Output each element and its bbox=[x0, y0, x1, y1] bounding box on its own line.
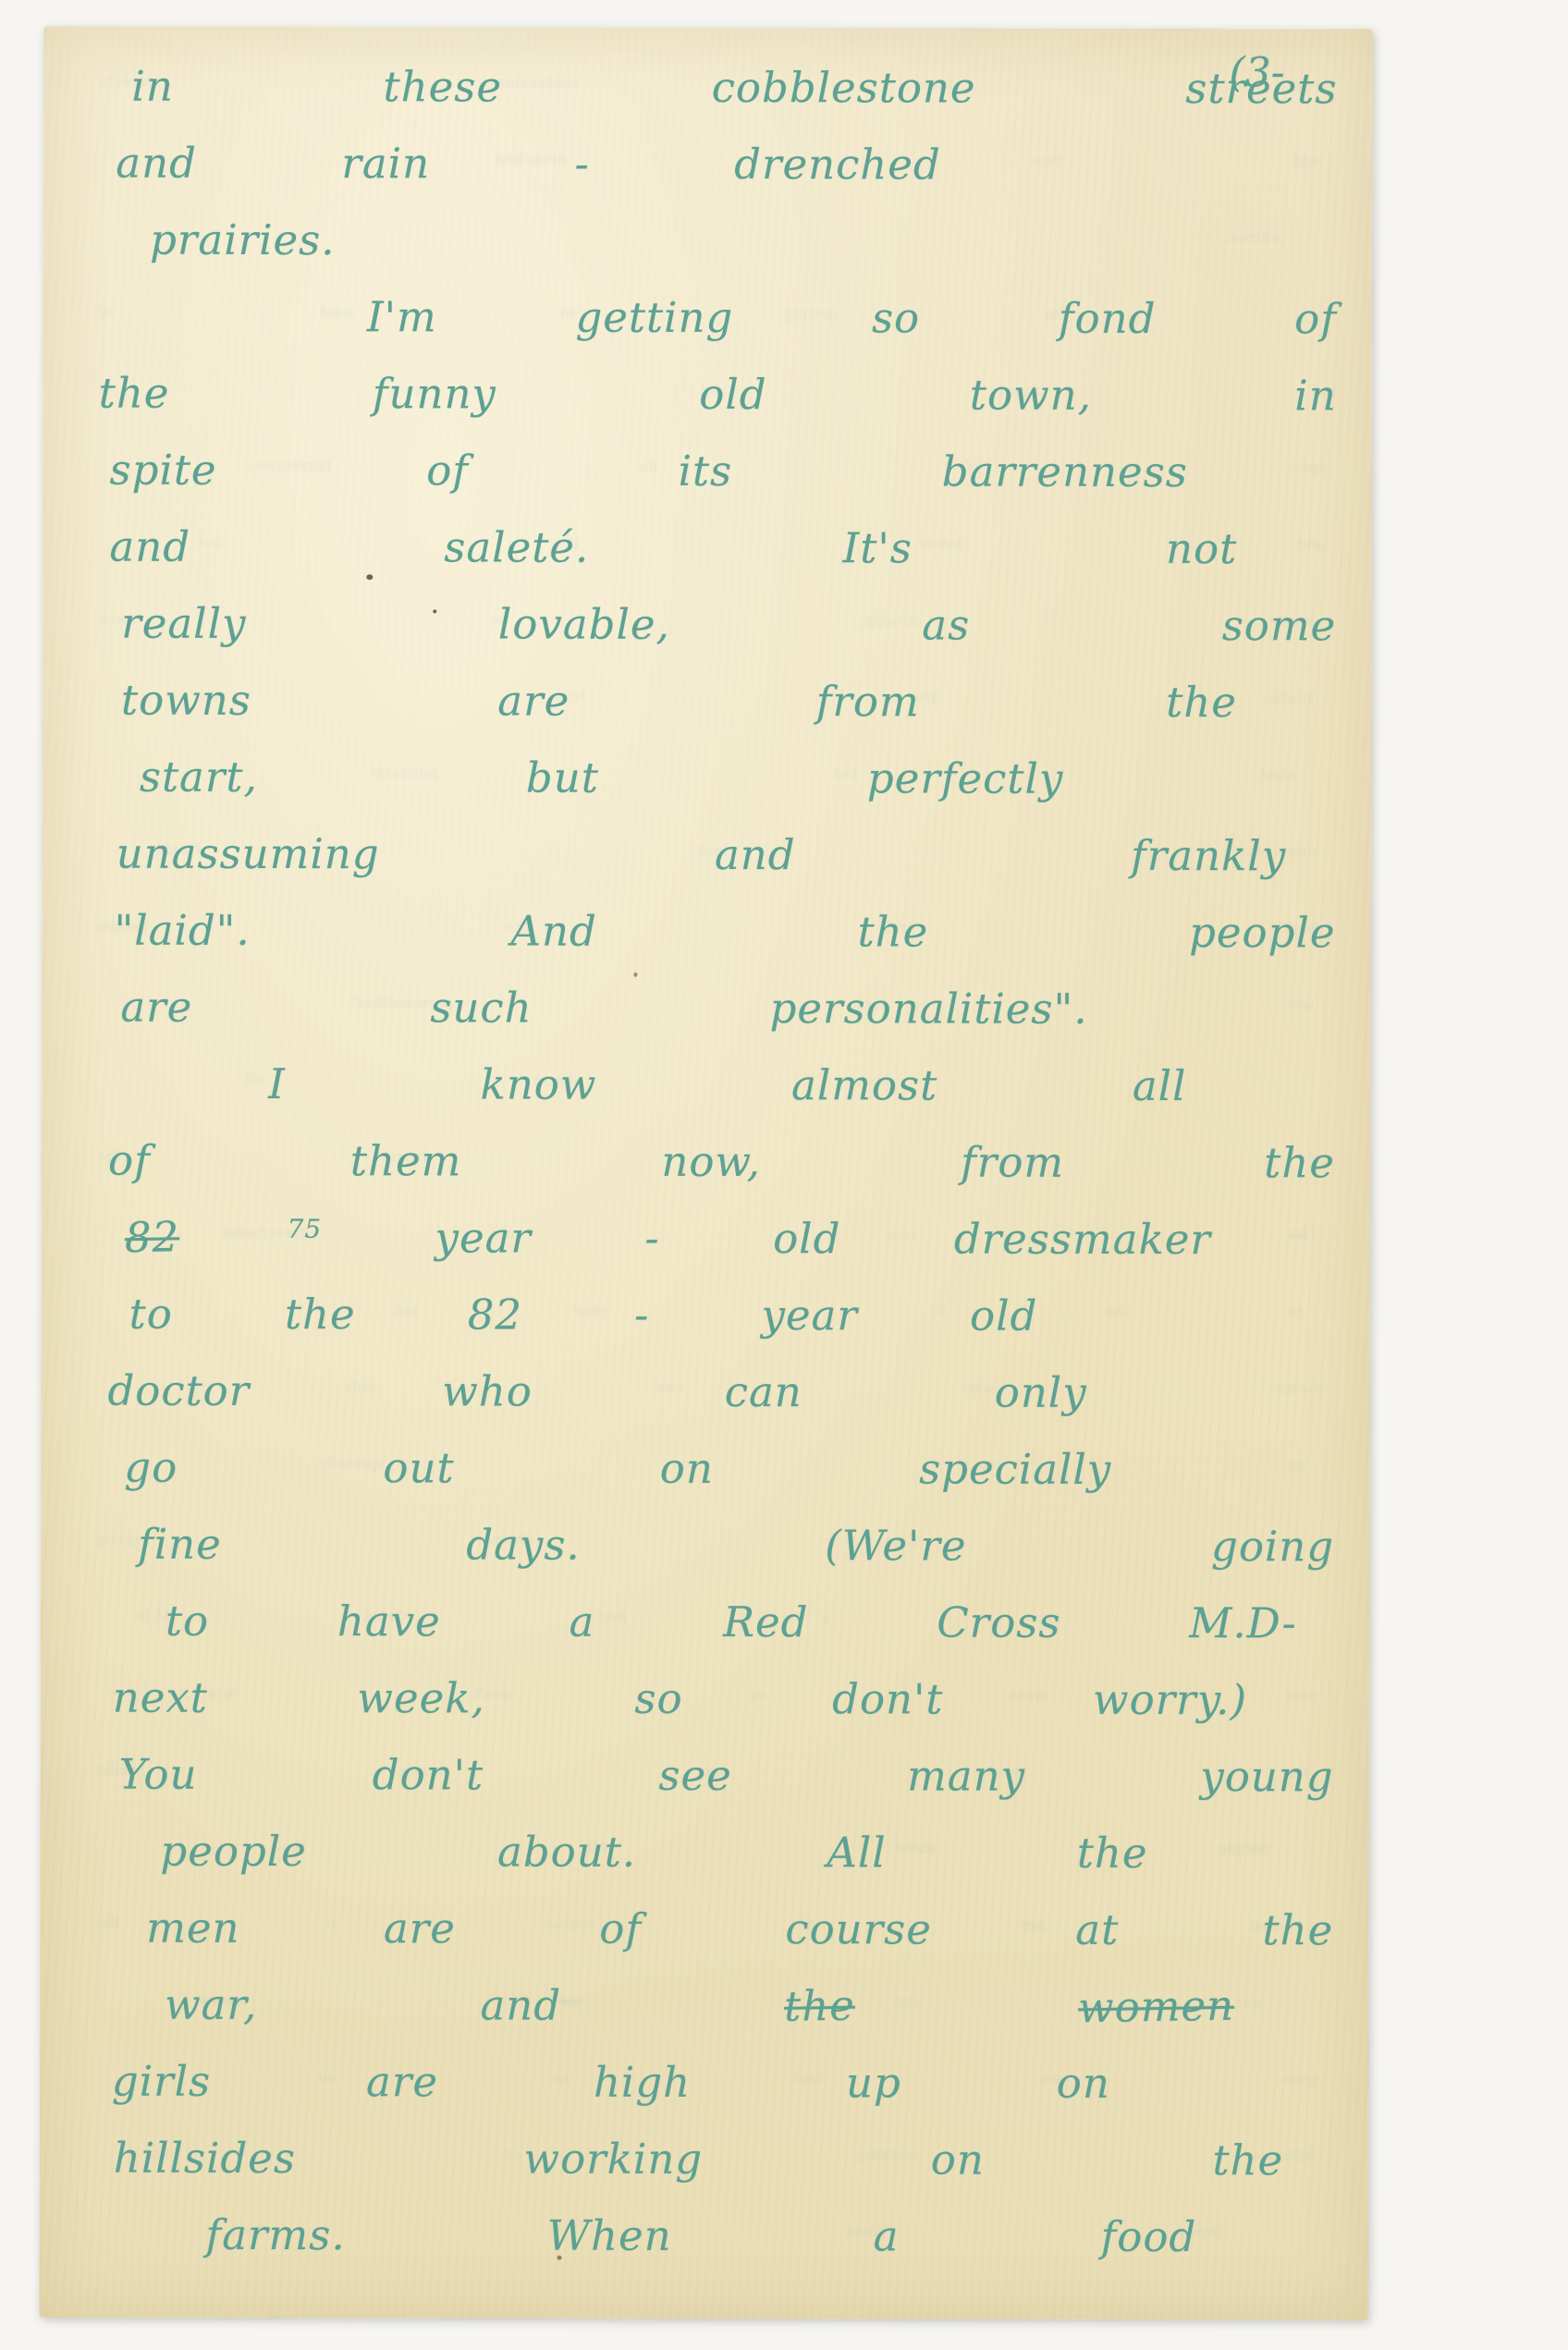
handwriting-word: working bbox=[524, 2135, 704, 2184]
handwriting-word: drenched bbox=[734, 140, 941, 189]
handwriting-word: from bbox=[816, 677, 920, 726]
handwriting-word: now, bbox=[661, 1137, 761, 1186]
handwriting-word: doctor bbox=[107, 1366, 250, 1415]
handwriting-word: prairies. bbox=[150, 215, 336, 264]
handwriting-word: I'm bbox=[367, 292, 437, 341]
handwriting-word: at bbox=[1075, 1905, 1119, 1954]
handwriting-word: such bbox=[430, 983, 532, 1032]
handwriting-word: the bbox=[1212, 2136, 1283, 2185]
handwriting-word: barrenness bbox=[942, 447, 1188, 497]
handwriting-word: many bbox=[907, 1751, 1025, 1800]
handwriting-line: reallylovable,assome bbox=[121, 599, 1336, 679]
handwriting: inthesecobblestonestreetsandrain-drenche… bbox=[94, 62, 1337, 2290]
struck-word: the bbox=[784, 1981, 856, 2031]
handwriting-word: don't bbox=[832, 1674, 943, 1723]
handwriting-word: and bbox=[715, 830, 796, 879]
handwriting-word: of bbox=[1294, 294, 1337, 343]
handwriting-line: gooutonspecially bbox=[124, 1443, 1111, 1522]
handwriting-word: food bbox=[1101, 2212, 1197, 2261]
handwriting-word: the bbox=[1166, 678, 1237, 727]
handwriting-word: as bbox=[922, 600, 970, 649]
handwriting-word: the bbox=[99, 369, 170, 418]
handwriting-word: old bbox=[773, 1214, 840, 1263]
handwriting-word: 82 bbox=[468, 1290, 522, 1339]
handwriting-word: - bbox=[644, 1214, 659, 1263]
handwriting-word: war, bbox=[165, 1980, 257, 2029]
handwriting-word: And bbox=[510, 907, 596, 956]
handwriting-word: really bbox=[121, 599, 246, 648]
handwriting-word: funny bbox=[373, 369, 496, 418]
handwriting-word: all bbox=[1133, 1061, 1187, 1110]
handwriting-word: so bbox=[872, 293, 920, 342]
handwriting-word: farms. bbox=[206, 2210, 346, 2259]
handwriting-word: to bbox=[165, 1597, 209, 1646]
handwriting-word: in bbox=[1294, 371, 1336, 420]
handwriting-line: 8275year-olddressmaker bbox=[125, 1213, 1211, 1291]
handwriting-line: nextweek,sodon'tworry.) bbox=[113, 1673, 1247, 1753]
handwriting-word: personalities". bbox=[770, 984, 1088, 1034]
handwriting-line: hillsidesworkingonthe bbox=[114, 2134, 1284, 2213]
handwriting-word: "laid". bbox=[114, 906, 250, 955]
handwriting-word: When bbox=[547, 2211, 672, 2260]
handwriting-word: Red bbox=[723, 1597, 808, 1646]
handwriting-word: can bbox=[725, 1367, 802, 1416]
handwriting-line: doctorwhocanonly bbox=[107, 1366, 1086, 1445]
handwriting-line: ofthemnow,fromthe bbox=[108, 1136, 1335, 1216]
handwriting-word: old bbox=[970, 1291, 1037, 1340]
handwriting-word: almost bbox=[791, 1060, 937, 1109]
page-background: { "page_annotation": "(3-", "colors": { … bbox=[0, 0, 1568, 2350]
handwriting-word: start, bbox=[140, 753, 258, 802]
handwriting-line: andsaleté.It'snot bbox=[109, 522, 1237, 602]
handwriting-word: - bbox=[574, 140, 589, 189]
handwriting-word: of bbox=[599, 1904, 642, 1953]
handwriting-word: a bbox=[874, 2211, 900, 2260]
handwriting-word: the bbox=[1262, 1905, 1333, 1954]
handwriting-line: girlsarehighupon bbox=[112, 2057, 1110, 2136]
handwriting-word: have bbox=[337, 1597, 441, 1646]
handwriting-line: Iknowalmostall bbox=[268, 1059, 1186, 1138]
handwriting-line: prairies. bbox=[150, 215, 471, 293]
handwriting-word: town, bbox=[970, 371, 1092, 420]
handwriting-word: people bbox=[160, 1827, 306, 1876]
handwriting-word: saleté. bbox=[444, 522, 589, 571]
handwriting-line: farms.Whenafood bbox=[205, 2210, 1196, 2289]
handwriting-word: year bbox=[761, 1291, 858, 1340]
handwriting-line: aresuchpersonalities". bbox=[120, 983, 1087, 1061]
handwriting-word: out bbox=[383, 1443, 454, 1492]
handwriting-word: these bbox=[384, 62, 503, 111]
handwriting-word: not bbox=[1166, 524, 1237, 573]
handwriting-word: a bbox=[570, 1597, 595, 1646]
handwriting-word: frankly bbox=[1131, 831, 1286, 880]
handwriting-word: the bbox=[858, 907, 929, 956]
handwriting-word: the bbox=[1264, 1138, 1335, 1187]
handwriting-word: hillsides bbox=[114, 2134, 296, 2183]
handwriting-word: are bbox=[120, 983, 192, 1032]
handwriting-word: M.D- bbox=[1189, 1598, 1297, 1647]
handwriting-word: the bbox=[1077, 1829, 1148, 1878]
handwriting-word: unassuming bbox=[116, 829, 380, 879]
handwriting-line: inthesecobblestonestreets bbox=[131, 62, 1337, 141]
handwriting-word: of bbox=[108, 1136, 151, 1185]
handwriting-line: thefunnyoldtown,in bbox=[99, 369, 1337, 448]
handwriting-word: on bbox=[1057, 2059, 1110, 2108]
handwriting-word: girls bbox=[112, 2057, 211, 2106]
handwriting-line: peopleabout.Allthe bbox=[160, 1827, 1147, 1905]
handwriting-line: unassumingandfrankly bbox=[116, 829, 1287, 909]
handwriting-word: All bbox=[827, 1828, 886, 1877]
handwriting-line: tothe82-yearold bbox=[129, 1290, 1038, 1368]
handwriting-word: and bbox=[480, 1980, 561, 2029]
handwriting-word: getting bbox=[575, 293, 733, 342]
handwriting-line: I'mgettingsofondof bbox=[367, 292, 1337, 371]
handwriting-word: Cross bbox=[937, 1598, 1060, 1647]
handwriting-word: go bbox=[124, 1443, 178, 1492]
handwriting-line: andrain-drenched bbox=[116, 139, 941, 217]
handwriting-word: (We're bbox=[825, 1521, 966, 1570]
handwriting-word: of bbox=[426, 446, 469, 495]
handwriting-word: perfectly bbox=[867, 753, 1063, 802]
handwriting-word: about. bbox=[497, 1828, 636, 1877]
struck-word: women bbox=[1078, 1981, 1235, 2033]
handwriting-word: lovable, bbox=[498, 600, 670, 649]
handwriting-word: 75 bbox=[288, 1214, 323, 1244]
handwriting-word: fond bbox=[1059, 294, 1157, 343]
handwriting-word: You bbox=[119, 1750, 198, 1799]
handwriting-word: don't bbox=[373, 1750, 484, 1799]
handwriting-word: are bbox=[497, 677, 570, 726]
handwriting-word: old bbox=[699, 370, 766, 419]
handwriting-word: week, bbox=[357, 1673, 484, 1722]
handwriting-word: young bbox=[1200, 1752, 1333, 1801]
handwriting-word: streets bbox=[1185, 64, 1337, 113]
handwriting-word: I bbox=[268, 1059, 286, 1108]
handwriting-word: on bbox=[931, 2136, 985, 2185]
handwriting-word: on bbox=[660, 1444, 714, 1493]
handwriting-word: from bbox=[961, 1138, 1064, 1187]
handwriting-word: spite bbox=[110, 446, 217, 495]
handwriting-word: rain bbox=[341, 139, 430, 188]
handwriting-line: start,butperfectly bbox=[140, 753, 1064, 831]
handwriting-word: and bbox=[109, 522, 190, 571]
handwriting-word: going bbox=[1211, 1522, 1334, 1571]
handwriting-word: so bbox=[634, 1674, 682, 1723]
letter-paper: inthesecobblestonestreetsandrain-drenche… bbox=[39, 26, 1372, 2319]
handwriting-line: finedays.(We'regoing bbox=[138, 1520, 1334, 1599]
handwriting-word: some bbox=[1222, 601, 1337, 650]
handwriting-line: tohaveaRedCrossM.D- bbox=[165, 1597, 1297, 1676]
handwriting-word: course bbox=[785, 1904, 932, 1953]
handwriting-word: are bbox=[384, 1903, 456, 1952]
handwriting-word: specially bbox=[919, 1444, 1111, 1493]
handwriting-word: them bbox=[350, 1136, 461, 1185]
handwriting-word: in bbox=[131, 62, 173, 111]
handwriting-word: are bbox=[366, 2057, 438, 2106]
handwriting-line: war,andthewomen bbox=[165, 1980, 1234, 2059]
handwriting-word: only bbox=[995, 1368, 1087, 1417]
handwriting-word: next bbox=[113, 1673, 208, 1722]
handwriting-line: townsarefromthe bbox=[121, 676, 1237, 755]
handwriting-word: towns bbox=[121, 676, 251, 725]
handwriting-word: dressmaker bbox=[954, 1215, 1211, 1265]
handwriting-word: and bbox=[116, 139, 197, 188]
handwriting-word: who bbox=[442, 1366, 533, 1415]
handwriting-line: "laid".Andthepeople bbox=[114, 906, 1335, 985]
handwriting-word: high bbox=[594, 2058, 691, 2107]
struck-word: 82 bbox=[124, 1212, 179, 1262]
handwriting-word: worry.) bbox=[1093, 1675, 1247, 1724]
handwriting-word: know bbox=[481, 1059, 597, 1108]
handwriting-word: to bbox=[129, 1290, 173, 1339]
handwriting-word: see bbox=[658, 1751, 731, 1800]
handwriting-line: spiteofitsbarrenness bbox=[109, 446, 1187, 524]
handwriting-word: the bbox=[285, 1290, 356, 1339]
handwriting-line: Youdon'tseemanyyoung bbox=[119, 1750, 1334, 1830]
handwriting-word: days. bbox=[466, 1520, 581, 1569]
handwriting-word: cobblestone bbox=[712, 63, 976, 113]
handwriting-word: people bbox=[1189, 908, 1335, 957]
handwriting-word: fine bbox=[138, 1520, 222, 1569]
handwriting-word: year bbox=[435, 1213, 533, 1262]
handwriting-word: but bbox=[526, 753, 599, 802]
handwriting-line: menareofcourseatthe bbox=[146, 1903, 1333, 1983]
handwriting-word: men bbox=[146, 1903, 239, 1952]
handwriting-word: its bbox=[679, 447, 733, 496]
handwriting-word: It's bbox=[842, 523, 912, 572]
handwriting-word: up bbox=[846, 2058, 901, 2107]
handwriting-word: - bbox=[634, 1291, 649, 1340]
